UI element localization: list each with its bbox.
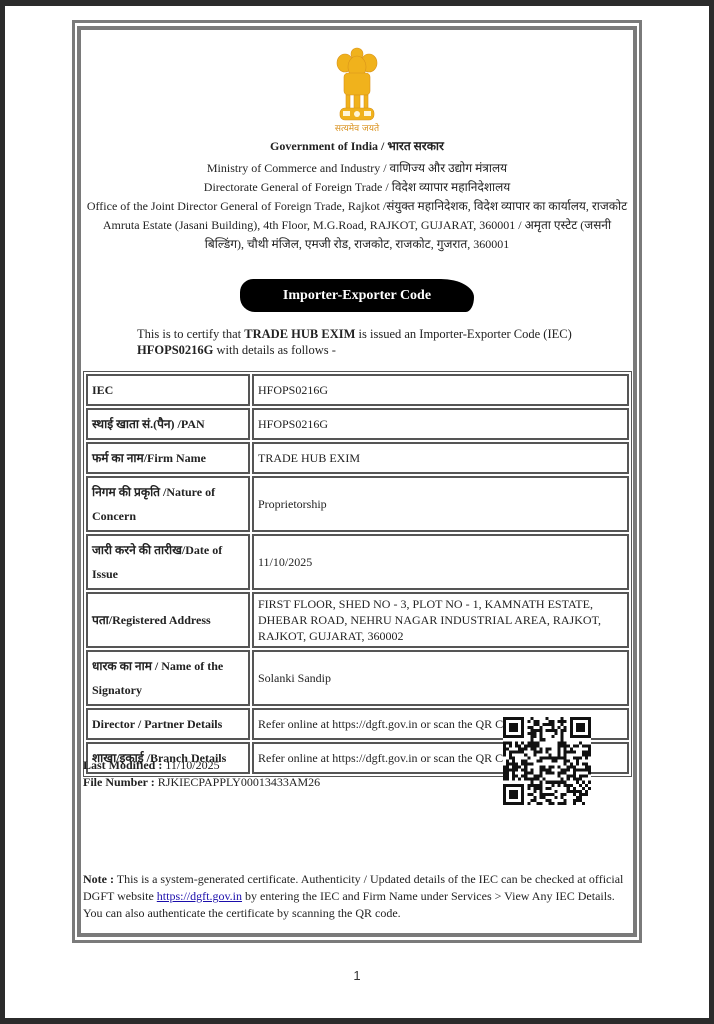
national-emblem-icon: सत्यमेव जयते [327,45,387,135]
certify-suffix: with details as follows - [213,343,336,357]
details-row: धारक का नाम / Name of the SignatorySolan… [86,650,629,706]
details-row: IECHFOPS0216G [86,374,629,406]
details-value: Proprietorship [252,476,629,532]
page-number: 1 [0,968,714,983]
details-value: HFOPS0216G [252,374,629,406]
details-label: धारक का नाम / Name of the Signatory [86,650,250,706]
details-label: स्थाई खाता सं.(पैन) /PAN [86,408,250,440]
issuing-authority-header: Government of India / भारत सरकार Ministr… [81,138,633,254]
directorate-name: Directorate General of Foreign Trade / व… [81,178,633,197]
details-row: फर्म का नाम/Firm NameTRADE HUB EXIM [86,442,629,474]
certification-statement: This is to certify that TRADE HUB EXIM i… [137,326,617,358]
svg-text:सत्यमेव जयते: सत्यमेव जयते [335,122,380,134]
details-row: स्थाई खाता सं.(पैन) /PANHFOPS0216G [86,408,629,440]
file-number: File Number : RJKIECPAPPLY00013433AM26 [83,774,320,791]
office-address-line-2: बिल्डिंग), चौथी मंजिल, एमजी रोड, राजकोट,… [81,235,633,254]
government-name: Government of India / भारत सरकार [81,138,633,154]
note-label: Note : [83,872,114,886]
office-name: Office of the Joint Director General of … [81,197,633,216]
last-modified: Last Modified : 11/10/2025 [83,757,320,774]
details-label: जारी करने की तारीख/Date of Issue [86,534,250,590]
details-value: TRADE HUB EXIM [252,442,629,474]
certify-firm-name: TRADE HUB EXIM [244,327,355,341]
dgft-website-link[interactable]: https://dgft.gov.in [157,889,242,903]
details-row: पता/Registered AddressFIRST FLOOR, SHED … [86,592,629,648]
certify-prefix: This is to certify that [137,327,244,341]
document-meta: Last Modified : 11/10/2025 File Number :… [83,757,320,791]
details-row: जारी करने की तारीख/Date of Issue11/10/20… [86,534,629,590]
details-value: FIRST FLOOR, SHED NO - 3, PLOT NO - 1, K… [252,592,629,648]
last-modified-value: 11/10/2025 [165,758,219,772]
details-label: IEC [86,374,250,406]
details-label: पता/Registered Address [86,592,250,648]
ministry-name: Ministry of Commerce and Industry / वाणि… [81,159,633,178]
file-number-label: File Number : [83,775,155,789]
details-value: 11/10/2025 [252,534,629,590]
details-value: HFOPS0216G [252,408,629,440]
details-label: Director / Partner Details [86,708,250,740]
certificate-note: Note : This is a system-generated certif… [83,871,633,922]
details-label: निगम की प्रकृति /Nature of Concern [86,476,250,532]
file-number-value: RJKIECPAPPLY00013433AM26 [158,775,320,789]
office-address-line-1: Amruta Estate (Jasani Building), 4th Flo… [81,216,633,235]
certificate-title: Importer-Exporter Code [240,279,474,312]
certify-middle: is issued an Importer-Exporter Code (IEC… [355,327,571,341]
qr-code-icon[interactable] [503,717,591,805]
last-modified-label: Last Modified : [83,758,162,772]
details-row: निगम की प्रकृति /Nature of ConcernPropri… [86,476,629,532]
details-value: Solanki Sandip [252,650,629,706]
details-label: फर्म का नाम/Firm Name [86,442,250,474]
certify-iec-code: HFOPS0216G [137,343,213,357]
